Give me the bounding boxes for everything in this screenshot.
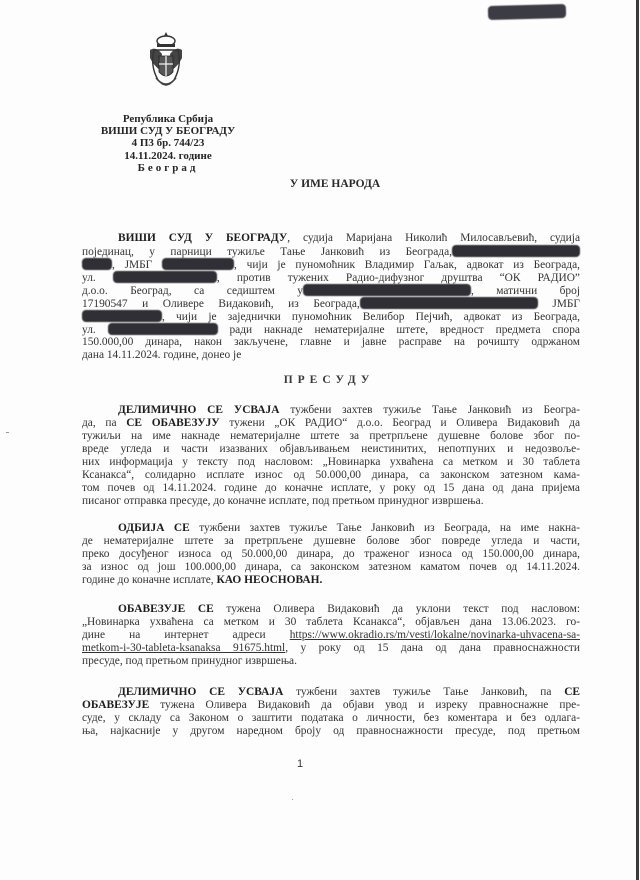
verdict-line: за износ од још 100.000,00 динара, са за…	[82, 561, 580, 574]
verdict-line: ОБАВЕЗУЈЕ тужена Оливера Видаковић да об…	[82, 699, 580, 712]
article-url-link[interactable]: https://www.okradio.rs/m/vesti/lokalne/n…	[290, 629, 580, 641]
intro-line: дана 14.11.2024. године, донео је	[82, 349, 580, 362]
verdict-line: metkom-i-30-tableta-ksanaksa 91675.html,…	[82, 642, 580, 655]
redaction-mark	[82, 258, 112, 270]
verdict-line: године до коначне исплате, КАО НЕОСНОВАН…	[82, 574, 580, 587]
intro-line: , чији је заједнички пуномоћник Велибор …	[82, 310, 580, 324]
intro-line: појединац, у парници тужиље Тање Јанкови…	[82, 245, 580, 259]
court-header: Република Србија ВИШИ СУД У БЕОГРАДУ 4 П…	[88, 113, 248, 174]
verdict-line: ОБАВЕЗУЈЕ СЕ тужена Оливера Видаковић да…	[82, 603, 580, 616]
intro-line: д.о.о. Београд, са седиштем у, матични б…	[82, 284, 580, 298]
verdict-line: том почев од 14.11.2024. године до конач…	[82, 482, 580, 495]
verdict-line: ДЕЛИМИЧНО СЕ УСВАЈА тужбени захтев тужиљ…	[82, 404, 580, 417]
intro-line: 17190547 и Оливере Видаковић, из Београд…	[82, 297, 580, 311]
verdict-line: ња, најкасније у другом наредном броју о…	[82, 725, 580, 738]
intro-line: ул. ради накнаде нематеријалне штете, вр…	[82, 323, 580, 337]
verdict-line: ОДБИЈА СЕ тужбени захтев тужиље Тање Јан…	[82, 522, 580, 535]
redaction-mark	[488, 4, 566, 20]
city-name: Београд	[88, 162, 248, 174]
redaction-mark	[452, 245, 580, 257]
verdict-line: суде, у складу са Законом о заштити пода…	[82, 712, 580, 725]
scan-speck	[292, 799, 293, 800]
redaction-mark	[82, 310, 162, 322]
verdict-heading: ПРЕСУДУ	[0, 374, 640, 386]
intro-line: , ЈМБГ , чији је пуномоћник Владимир Гаљ…	[82, 258, 580, 272]
verdict-line: „Новинарка ухваћена са метком и 30 табле…	[82, 616, 580, 629]
country-name: Република Србија	[88, 113, 248, 125]
verdict-line: дине на интернет адреси https://www.okra…	[82, 629, 580, 642]
intro-line: 150.000,00 динара, након закључене, глав…	[82, 336, 580, 349]
redaction-mark	[303, 284, 471, 296]
scan-speck	[6, 432, 9, 433]
redaction-mark	[360, 297, 538, 309]
intro-line: ВИШИ СУД У БЕОГРАДУ, судија Маријана Ник…	[82, 232, 580, 245]
court-name: ВИШИ СУД У БЕОГРАДУ	[88, 125, 248, 137]
verdict-line: тужиљи на име накнаде нематеријалне штет…	[82, 430, 580, 443]
redaction-mark	[162, 258, 234, 270]
heading-in-name-of-people: У ИМЕ НАРОДА	[0, 178, 640, 190]
intro-line: ул. , против тужених Радио-дифузног друш…	[82, 271, 580, 285]
article-url-link[interactable]: metkom-i-30-tableta-ksanaksa 91675.html	[82, 642, 285, 654]
verdict-line: ДЕЛИМИЧНО СЕ УСВАЈА тужбени захтев тужиљ…	[82, 686, 580, 699]
document-date: 14.11.2024. године	[88, 150, 248, 162]
scan-edge	[636, 0, 639, 880]
case-number: 4 П3 бр. 744/23	[88, 137, 248, 149]
verdict-line: Ксанакса“, солидарно исплате износ од 50…	[82, 469, 580, 482]
redaction-mark	[113, 271, 217, 283]
serbian-coat-of-arms-icon	[146, 30, 186, 92]
page-number: 1	[297, 758, 303, 770]
verdict-line: преко досуђеног износа од 50.000,00 дина…	[82, 548, 580, 561]
verdict-line: де нематеријалне штете за претрпљене душ…	[82, 535, 580, 548]
verdict-line: да, па СЕ ОБАВЕЗУЈУ тужени „ОК РАДИО“ д.…	[82, 417, 580, 430]
verdict-line: вреде угледа и части изазваних објављива…	[82, 443, 580, 456]
verdict-line: пресуде, под претњом принудног извршења.	[82, 655, 580, 668]
redaction-mark	[108, 323, 218, 335]
verdict-line: них информација у тексту под насловом: „…	[82, 456, 580, 469]
document-page: Република Србија ВИШИ СУД У БЕОГРАДУ 4 П…	[0, 0, 640, 880]
verdict-line: писаног отправка пресуде, до коначне исп…	[82, 495, 580, 508]
